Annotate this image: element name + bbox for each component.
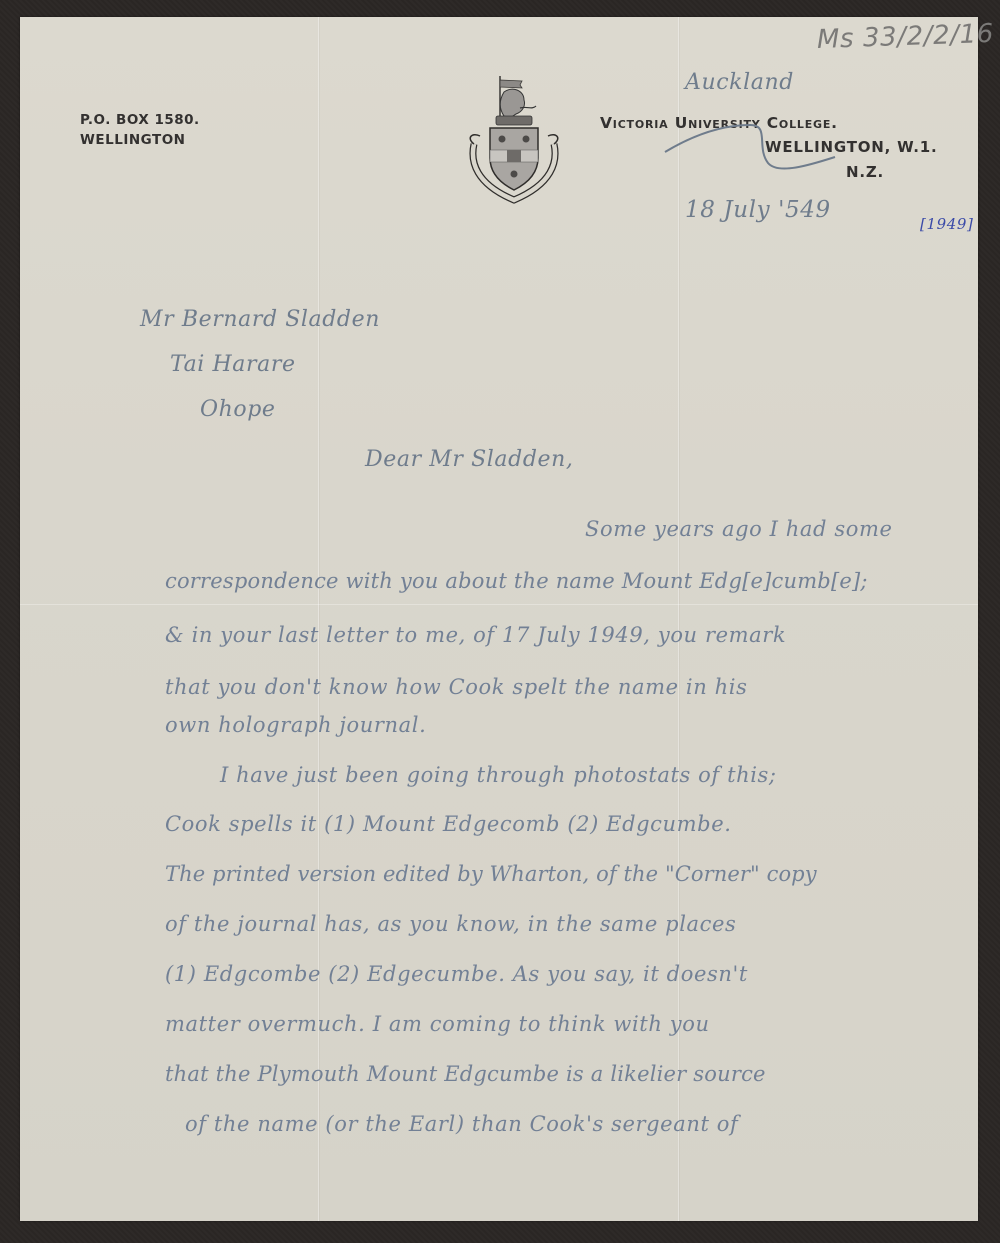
letterhead-city: WELLINGTON, W.1. bbox=[765, 138, 938, 156]
fold-line bbox=[318, 17, 319, 1221]
letter-line: matter overmuch. I am coming to think wi… bbox=[165, 1012, 710, 1036]
letter-page: Ms 33/2/2/16 P.O. BOX 1580. WELLINGTON V… bbox=[20, 17, 978, 1221]
letter-line: correspondence with you about the name M… bbox=[165, 569, 868, 593]
letter-line: of the journal has, as you know, in the … bbox=[165, 912, 736, 936]
letter-line: that the Plymouth Mount Edgcumbe is a li… bbox=[165, 1062, 766, 1086]
letter-line: that you don't know how Cook spelt the n… bbox=[165, 675, 747, 699]
university-crest-icon bbox=[452, 72, 572, 207]
letter-line: Some years ago I had some bbox=[585, 517, 893, 541]
letter-line: of the name (or the Earl) than Cook's se… bbox=[185, 1112, 738, 1136]
letter-line: Cook spells it (1) Mount Edgecomb (2) Ed… bbox=[165, 812, 732, 836]
letter-line: & in your last letter to me, of 17 July … bbox=[165, 623, 786, 647]
letter-line: The printed version edited by Wharton, o… bbox=[165, 862, 817, 886]
fold-line bbox=[20, 604, 978, 605]
place-correction: Auckland bbox=[685, 70, 794, 95]
salutation: Dear Mr Sladden, bbox=[365, 447, 574, 472]
recipient-name: Mr Bernard Sladden bbox=[140, 307, 380, 332]
recipient-address-line: Ohope bbox=[200, 397, 276, 422]
letter-line: I have just been going through photostat… bbox=[220, 763, 777, 787]
letter-date: 18 July '549 bbox=[685, 197, 831, 223]
letterhead-po-box: P.O. BOX 1580. WELLINGTON bbox=[80, 110, 200, 150]
letterhead-college-name: Victoria University College. bbox=[600, 114, 838, 132]
fold-line bbox=[678, 17, 679, 1221]
po-box-line: P.O. BOX 1580. bbox=[80, 110, 200, 130]
archive-reference: Ms 33/2/2/16 bbox=[816, 19, 994, 55]
city-line: WELLINGTON bbox=[80, 130, 200, 150]
archive-date-note: [1949] bbox=[920, 215, 973, 233]
recipient-address-line: Tai Harare bbox=[170, 352, 296, 377]
letter-line: own holograph journal. bbox=[165, 713, 426, 737]
letterhead-country: N.Z. bbox=[846, 163, 884, 181]
letter-line: (1) Edgcombe (2) Edgecumbe. As you say, … bbox=[165, 962, 748, 986]
